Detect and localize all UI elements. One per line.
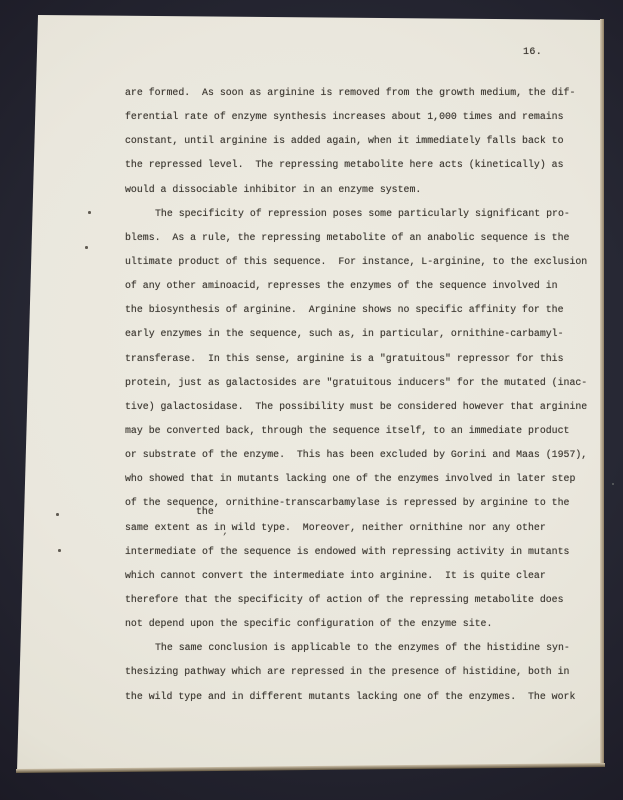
typed-line: are formed. As soon as arginine is remov… bbox=[125, 81, 605, 105]
typed-line: the biosynthesis of arginine. Arginine s… bbox=[125, 298, 605, 322]
margin-mark bbox=[85, 246, 88, 249]
typed-line: ultimate product of this sequence. For i… bbox=[125, 250, 605, 274]
typed-line: the wild type and in different mutants l… bbox=[125, 685, 605, 709]
page-number: 16. bbox=[523, 47, 542, 58]
typed-text-block: are formed. As soon as arginine is remov… bbox=[125, 81, 605, 709]
photo-backdrop: 16. are formed. As soon as arginine is r… bbox=[0, 0, 623, 800]
typed-line: thesizing pathway which are repressed in… bbox=[125, 660, 605, 684]
typed-line: would a dissociable inhibitor in an enzy… bbox=[125, 178, 605, 202]
typed-line: The same conclusion is applicable to the… bbox=[125, 636, 605, 660]
typed-line: therefore that the specificity of action… bbox=[125, 588, 605, 612]
typed-line: same extent as in wild type. Moreover, n… bbox=[125, 516, 605, 540]
typed-line: intermediate of the sequence is endowed … bbox=[125, 540, 605, 564]
typed-line: tive) galactosidase. The possibility mus… bbox=[125, 395, 605, 419]
typed-line: blems. As a rule, the repressing metabol… bbox=[125, 226, 605, 250]
typed-line: the repressed level. The repressing meta… bbox=[125, 153, 605, 177]
typed-line: protein, just as galactosides are "gratu… bbox=[125, 371, 605, 395]
typed-line: The specificity of repression poses some… bbox=[125, 202, 605, 226]
typed-line: may be converted back, through the seque… bbox=[125, 419, 605, 443]
dust-speck bbox=[612, 483, 614, 485]
typed-line: of any other aminoacid, represses the en… bbox=[125, 274, 605, 298]
typed-line: transferase. In this sense, arginine is … bbox=[125, 347, 605, 371]
typed-line: which cannot convert the intermediate in… bbox=[125, 564, 605, 588]
inserted-word: the bbox=[196, 506, 214, 517]
typed-line: not depend upon the specific configurati… bbox=[125, 612, 605, 636]
typed-line: or substrate of the enzyme. This has bee… bbox=[125, 443, 605, 467]
typed-line: who showed that in mutants lacking one o… bbox=[125, 467, 605, 491]
typed-line: ferential rate of enzyme synthesis incre… bbox=[125, 105, 605, 129]
margin-mark bbox=[56, 513, 59, 516]
margin-mark bbox=[88, 211, 91, 214]
margin-mark bbox=[58, 549, 61, 552]
typed-line: constant, until arginine is added again,… bbox=[125, 129, 605, 153]
typed-line: early enzymes in the sequence, such as, … bbox=[125, 322, 605, 346]
